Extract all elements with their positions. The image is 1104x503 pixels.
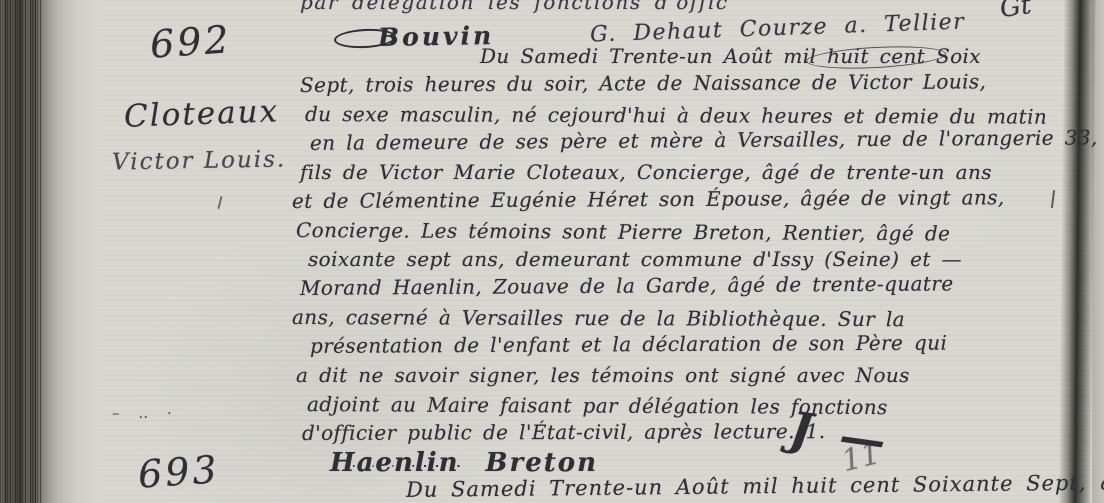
act-line: Concierge. Les témoins sont Pierre Breto… — [292, 218, 1074, 251]
act-line: en la demeure de ses père et mère à Vers… — [292, 126, 1074, 160]
signatures-officials: G. Dehaut Courze a. Tellier — [590, 9, 966, 47]
stray-ink-tick — [217, 196, 222, 209]
act-line: Sept, trois heures du soir, Acte de Nais… — [292, 69, 1074, 102]
pencil-dash-marks: – ‥ · — [112, 404, 179, 422]
margin-surname: Cloteaux — [123, 93, 279, 134]
previous-act-corner-paraph: Gt — [998, 0, 1033, 24]
act-line: présentation de l'enfant et la déclarati… — [292, 330, 1074, 363]
act-692-body: Du Samedi Trente-un Août mil huit cent S… — [292, 44, 1074, 450]
act-line: Morand Haenlin, Zouave de la Garde, âgé … — [292, 271, 1074, 305]
act-number-693: 693 — [137, 447, 221, 497]
signature-breton: Breton — [486, 448, 598, 478]
previous-act-closing-fragment: par délégation les fonctions d'offic — [300, 0, 729, 14]
margin-given-names: Victor Louis. — [112, 146, 287, 175]
act-line: d'officier public de l'État-civil, après… — [292, 418, 1074, 450]
register-page-scan: 692 Cloteaux Victor Louis. 693 – ‥ · par… — [0, 0, 1104, 503]
act-line: a dit ne savoir signer, les témoins ont … — [292, 363, 1074, 392]
act-number-692: 692 — [149, 17, 233, 67]
act-692-signatures: HaenlinBreton — [330, 448, 598, 478]
act-line: et de Clémentine Eugénie Héret son Épous… — [292, 185, 1074, 218]
book-binding-edge — [0, 0, 100, 503]
signature-haenlin: Haenlin — [330, 448, 460, 478]
